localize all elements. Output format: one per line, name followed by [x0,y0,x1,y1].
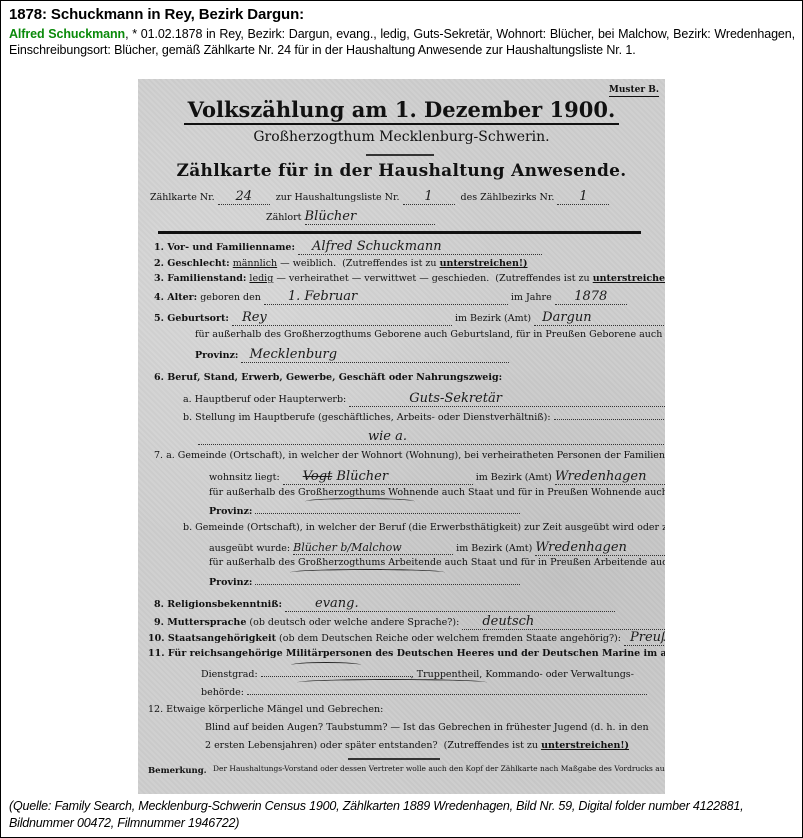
census-place-line: Zählort Blücher [266,209,435,225]
field-2: 2. Geschlecht: männlich — weiblich. (Zut… [154,258,528,269]
page-frame: 1878: Schuckmann in Rey, Bezirk Dargun: … [0,0,803,838]
workplace-district-value: Wredenhagen [535,540,665,556]
remark-label: Bemerkung. [148,766,207,776]
birth-date-value: 1. Februar [264,289,508,305]
nationality-value: Preuße [624,630,665,646]
workplace-value: Blücher b/Malchow [293,541,453,555]
position-value: wie a. [198,429,665,445]
field-12: 12. Etwaige körperliche Mängel und Gebre… [148,704,383,715]
household-list-value: 1 [403,189,455,205]
field-5-note: für außerhalb des Großherzogthums Gebore… [195,329,662,340]
field-8: 8. Religionsbekenntniß: evang. [154,596,615,612]
mother-tongue-value: deutsch [462,614,665,630]
field-7a-province: Provinz: [209,504,520,517]
religion-value: evang. [285,596,615,612]
occupation-value: Guts-Sekretär [349,391,665,407]
field-7a-note: für außerhalb des Großherzogthums Wohnen… [209,487,665,498]
field-7a: 7. a. Gemeinde (Ortschaft), in welcher d… [154,450,665,461]
person-details: , * 01.02.1878 in Rey, Bezirk: Dargun, e… [9,27,795,57]
field-11: 11. Für reichsangehörige Militärpersonen… [148,648,665,659]
field-10: 10. Staatsangehörigkeit (ob dem Deutsche… [148,630,665,646]
field-4: 4. Alter: geboren den 1. Februar im Jahr… [154,289,627,305]
card-number-line: Zählkarte Nr. 24 zur Haushaltungsliste N… [150,189,609,205]
document-title: Volkszählung am 1. Dezember 1900. [138,97,665,122]
divider [366,154,434,156]
page-title: 1878: Schuckmann in Rey, Bezirk Dargun: [9,6,304,23]
field-12-line2: 2 ersten Lebensjahren) oder später entst… [205,740,629,751]
field-6: 6. Beruf, Stand, Erwerb, Gewerbe, Geschä… [154,372,502,383]
document-subtitle: Großherzogthum Mecklenburg-Schwerin. [138,129,665,145]
field-7b-workplace: ausgeübt wurde: Blücher b/Malchow im Bez… [209,540,665,556]
field-7b-note: für außerhalb des Großherzogthums Arbeit… [209,557,665,568]
field-6b: b. Stellung im Hauptberufe (geschäftlich… [183,410,664,423]
field-1: 1. Vor- und Familienname: Alfred Schuckm… [154,239,542,255]
field-7b-province: Provinz: [209,575,520,588]
residence-district-value: Wredenhagen [555,469,665,485]
field-11-rank: Dienstgrad: , Truppentheil, Kommando- od… [201,667,634,680]
field-6b-value-line: wie a. [198,429,665,445]
field-6a: a. Hauptberuf oder Haupterwerb: Guts-Sek… [183,391,665,407]
field-7a-residence: wohnsitz liegt: Vogt Blücher im Bezirk (… [209,469,665,485]
card-number-value: 24 [218,189,270,205]
birthplace-value: Rey [232,310,452,326]
residence-value: Vogt Blücher [283,469,473,485]
source-citation: (Quelle: Family Search, Mecklenburg-Schw… [9,798,795,832]
section-rule [158,231,641,234]
field-7b: b. Gemeinde (Ortschaft), in welcher der … [183,522,665,533]
person-description: Alfred Schuckmann, * 01.02.1878 in Rey, … [9,26,795,58]
field-12-line1: Blind auf beiden Augen? Taubstumm? — Ist… [205,722,649,733]
district-value: 1 [557,189,609,205]
field-9: 9. Muttersprache (ob deutsch oder welche… [154,614,665,630]
birth-province-value: Mecklenburg [241,347,509,363]
field-3: 3. Familienstand: ledig — verheirathet —… [154,273,665,284]
muster-label: Muster B. [609,85,659,97]
field-5: 5. Geburtsort: Rey im Bezirk (Amt) Dargu… [154,310,665,326]
person-name: Alfred Schuckmann [9,27,125,41]
field-11-authority: behörde: [201,685,647,698]
field-5-province: Provinz: Mecklenburg [195,347,509,363]
full-name-value: Alfred Schuckmann [298,239,542,255]
census-place-value: Blücher [305,209,435,225]
census-card-scan: Muster B. Volkszählung am 1. Dezember 19… [138,79,665,794]
card-title: Zählkarte für in der Haushaltung Anwesen… [138,161,665,181]
divider [348,758,440,760]
birth-district-value: Dargun [534,310,665,326]
remark-text: Der Haushaltungs-Vorstand oder dessen Ve… [213,765,653,774]
birth-year-value: 1878 [555,289,627,305]
